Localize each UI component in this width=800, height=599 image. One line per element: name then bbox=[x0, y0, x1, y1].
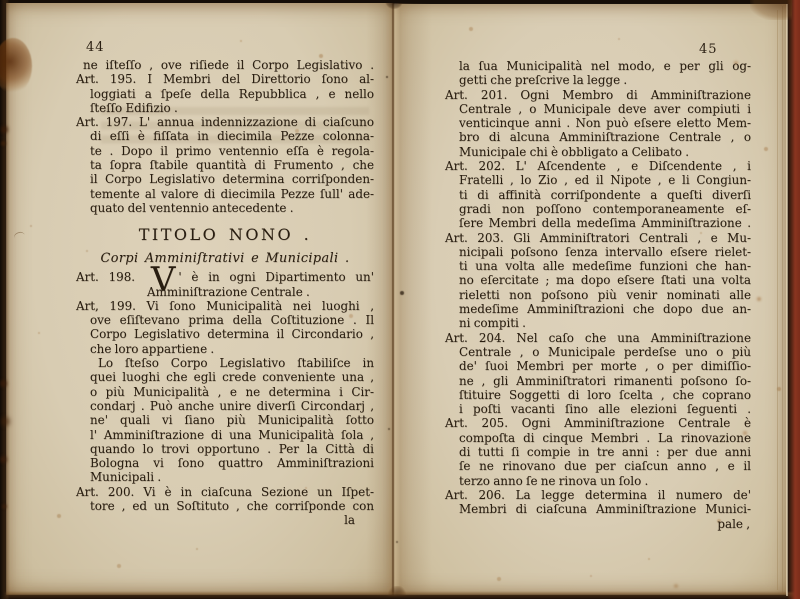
text-line: Art. 201. Ogni Membro di Amminiſtrazione bbox=[445, 88, 751, 102]
text-line: Art. 204. Nel caſo che una Amminiſtrazio… bbox=[445, 331, 751, 345]
page-left-text-block: ne iſteſſo , ove riſiede il Corpo Legisl… bbox=[76, 58, 374, 528]
text-line: Art. 203. Gli Amminiſtratori Centrali , … bbox=[445, 231, 751, 245]
text-line: ni compiti . bbox=[459, 316, 751, 330]
leaf-edge-line bbox=[782, 6, 783, 594]
text-line: Corpo Legislativo determina il Circondar… bbox=[90, 327, 374, 341]
text-line: quei luoghi che egli crede conveniente u… bbox=[90, 370, 374, 384]
foxing-spots-right bbox=[0, 0, 2, 2]
text-line: quando lo trovi opportuno . Per la Città… bbox=[90, 442, 374, 456]
text-line: de' ſuoi Membri per morte , o per dimiſſ… bbox=[459, 359, 751, 373]
text-line: Art. 197. L' annua indennizzazione di ci… bbox=[76, 115, 374, 129]
text-line: ſteſſo Edifizio . bbox=[90, 101, 374, 115]
text-line: Art. 200. Vi è in ciaſcuna Sezione un Iſ… bbox=[76, 485, 374, 499]
catchword: pale , bbox=[445, 517, 751, 531]
text-line: ſe ne rinovano due per ciaſcun anno , e … bbox=[459, 459, 751, 473]
section-subtitle-line: Corpi Amminiſtrativi e Municipali . bbox=[76, 251, 374, 266]
text-line: tore , ed un Soſtituto , che corriſponde… bbox=[90, 499, 374, 513]
text-line: ne iſteſſo , ove riſiede il Corpo Legisl… bbox=[83, 58, 374, 72]
text-line: ove eſiſtevano prima della Coſtituzione … bbox=[90, 313, 374, 327]
text-line: Membri di ciaſcuna Amminiſtrazione Munic… bbox=[459, 502, 751, 516]
text-line: Art, 199. Vi ſono Municipalità nei luogh… bbox=[76, 299, 374, 313]
section-title-line: TITOLO NONO . bbox=[76, 224, 374, 246]
text-line: l' Amminiſtrazione di una Municipalità ſ… bbox=[90, 428, 374, 442]
text-run: Art. 198. bbox=[76, 270, 145, 284]
text-line: Art. 205. Ogni Amminiſtrazione Centrale … bbox=[445, 416, 751, 430]
text-line: getti che preſcrive la legge . bbox=[459, 73, 751, 87]
text-line: condarj . Può anche unire diverſi Circon… bbox=[90, 399, 374, 413]
text-line: loggiati a ſpeſe della Repubblica , e ne… bbox=[90, 87, 374, 101]
text-line: Lo ſteſso Corpo Legislativo ſtabiliſce i… bbox=[98, 356, 374, 370]
text-line: medeſime Amminiſtrazioni che dopo due an… bbox=[459, 302, 751, 316]
text-line: nicipali poſsono ſenza intervallo eſsere… bbox=[459, 245, 751, 259]
text-line: i poſti vacanti ſino alle elezioni ſegue… bbox=[459, 402, 751, 416]
page-number-left: 44 bbox=[86, 40, 105, 55]
text-line: rieletti non poſsono più venir nominati … bbox=[459, 288, 751, 302]
text-line: il Corpo Legislativo determina corriſpon… bbox=[90, 172, 374, 186]
text-line: venticinque anni . Non può eſsere eletto… bbox=[459, 116, 751, 130]
text-line: Fratelli , lo Zio , ed il Nipote , e li … bbox=[459, 173, 751, 187]
text-line: compoſta di cinque Membri . La rinovazio… bbox=[459, 431, 751, 445]
book-edge-top bbox=[0, 0, 800, 3]
page-right-text-block: la ſua Municipalità nel modo, e per gli … bbox=[445, 59, 751, 531]
page-number-right: 45 bbox=[699, 42, 718, 57]
text-line: Bologna vi ſono quattro Amminiſtrazioni bbox=[90, 456, 374, 470]
book-gutter bbox=[366, 0, 432, 599]
text-line: quato del ventennio antecedente . bbox=[90, 201, 374, 215]
text-line: ti di affinità corriſpondente a queſti d… bbox=[459, 188, 751, 202]
book-scan: 44 45 ne iſteſſo , ove riſiede il Corpo … bbox=[0, 0, 800, 599]
text-line: la ſua Municipalità nel modo, e per gli … bbox=[459, 59, 751, 73]
text-line: Centrale , o Municipale perdeſse uno o p… bbox=[459, 345, 751, 359]
text-line: Amminiſtrazione Centrale . bbox=[147, 285, 374, 299]
text-line: ta ſopra ſtabile quantità di Frumento , … bbox=[90, 158, 374, 172]
book-edge-bottom bbox=[0, 591, 800, 599]
text-line: ne' quali vi ſiano più Municipalità ſott… bbox=[90, 413, 374, 427]
text-line: ti una volta alle medeſime funzioni che … bbox=[459, 259, 751, 273]
text-line: Art. 202. L' Aſcendente , e Diſcendente … bbox=[445, 159, 751, 173]
book-cover-edge bbox=[787, 0, 800, 599]
text-line: gradi non poſſono contemporaneamente eſ- bbox=[459, 202, 751, 216]
text-line: terzo anno ſe ne rinova un ſolo . bbox=[459, 474, 751, 488]
text-line: temente al valore di diecimila Pezze ſul… bbox=[90, 187, 374, 201]
text-line: Art. 198. V' è in ogni Dipartimento un' bbox=[76, 270, 374, 284]
text-line: ſtituire Soggetti di loro ſcelta , che c… bbox=[459, 388, 751, 402]
text-line: Centrale , o Municipale deve aver compiu… bbox=[459, 102, 751, 116]
text-line: o più Municipalità , e ne determina i Ci… bbox=[90, 385, 374, 399]
text-line: te . Dopo il primo ventennio eſſa è rego… bbox=[90, 144, 374, 158]
corner-stain bbox=[750, 0, 792, 20]
text-line: ſere Membri della medeſima Amminiſtrazio… bbox=[459, 216, 751, 230]
drop-cap-initial: V bbox=[151, 260, 176, 300]
text-line: ne , gli Amminiſtratori rimanenti poſson… bbox=[459, 374, 751, 388]
text-line: Art. 206. La legge determina il numero d… bbox=[445, 488, 751, 502]
leaf-edge-line bbox=[777, 10, 778, 590]
text-line: Art. 195. I Membri del Direttorio ſono a… bbox=[76, 72, 374, 86]
text-line: bro di alcuna Amminiſtrazione Centrale ,… bbox=[459, 130, 751, 144]
text-line: di eſſi è fiſſata in diecimila Pezze col… bbox=[90, 129, 374, 143]
text-run: ' è in ogni Dipartimento un' bbox=[178, 270, 374, 284]
text-line: no eſercitate ; ma dopo eſsere ſtati una… bbox=[459, 273, 751, 287]
catchword: la bbox=[76, 513, 374, 527]
text-line: Municipali . bbox=[90, 470, 374, 484]
text-line: che loro appartiene . bbox=[90, 342, 374, 356]
text-line: di tutti ſi compie in tre anni : per due… bbox=[459, 445, 751, 459]
text-line: Municipale chi è obbligato a Celibato . bbox=[459, 145, 751, 159]
gutter-crease-line bbox=[392, 0, 394, 599]
